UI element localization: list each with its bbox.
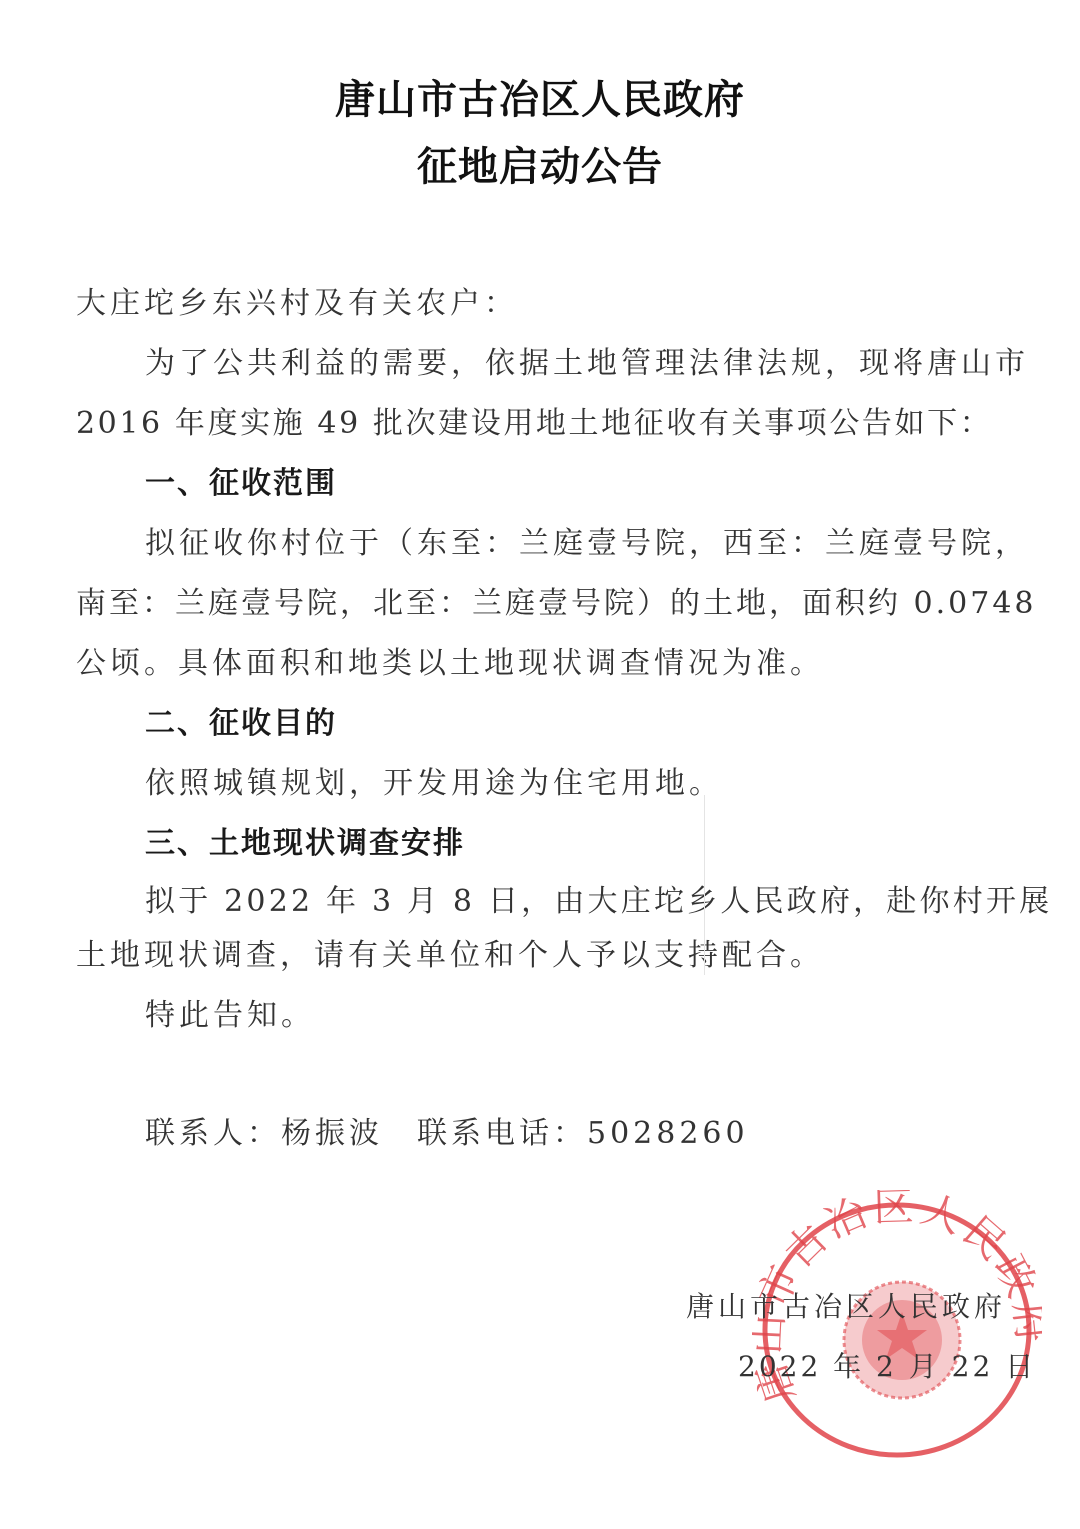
contact-info: 联系人：杨振波 联系电话：5028260	[145, 1108, 749, 1152]
section-heading-survey: 三、土地现状调查安排	[145, 818, 465, 862]
document-title-org: 唐山市古冶区人民政府	[0, 68, 1080, 125]
section-heading-scope: 一、征收范围	[145, 458, 337, 502]
survey-line-2: 土地现状调查，请有关单位和个人予以支持配合。	[76, 930, 824, 974]
scope-line-2: 南至：兰庭壹号院，北至：兰庭壹号院）的土地，面积约 0.0748	[76, 578, 1037, 622]
section-heading-purpose: 二、征收目的	[145, 698, 337, 742]
closing-text: 特此告知。	[145, 990, 315, 1034]
intro-line-2: 2016 年度实施 49 批次建设用地土地征收有关事项公告如下：	[76, 398, 992, 442]
scope-line-3: 公顷。具体面积和地类以土地现状调查情况为准。	[76, 638, 824, 682]
official-seal-icon: 唐山市古冶区人民政府	[752, 1190, 1042, 1460]
intro-line-1: 为了公共利益的需要，依据土地管理法律法规，现将唐山市	[145, 338, 1029, 382]
scan-artifact-line	[704, 795, 705, 975]
document-title: 征地启动公告	[0, 135, 1080, 192]
signature-organization: 唐山市古冶区人民政府	[686, 1285, 1006, 1325]
purpose-line-1: 依照城镇规划，开发用途为住宅用地。	[145, 758, 723, 802]
salutation: 大庄坨乡东兴村及有关农户：	[76, 278, 518, 322]
survey-line-1: 拟于 2022 年 3 月 8 日，由大庄坨乡人民政府，赴你村开展	[145, 876, 1052, 920]
signature-date: 2022 年 2 月 22 日	[738, 1345, 1036, 1385]
scope-line-1: 拟征收你村位于（东至：兰庭壹号院，西至：兰庭壹号院，	[145, 518, 1029, 562]
